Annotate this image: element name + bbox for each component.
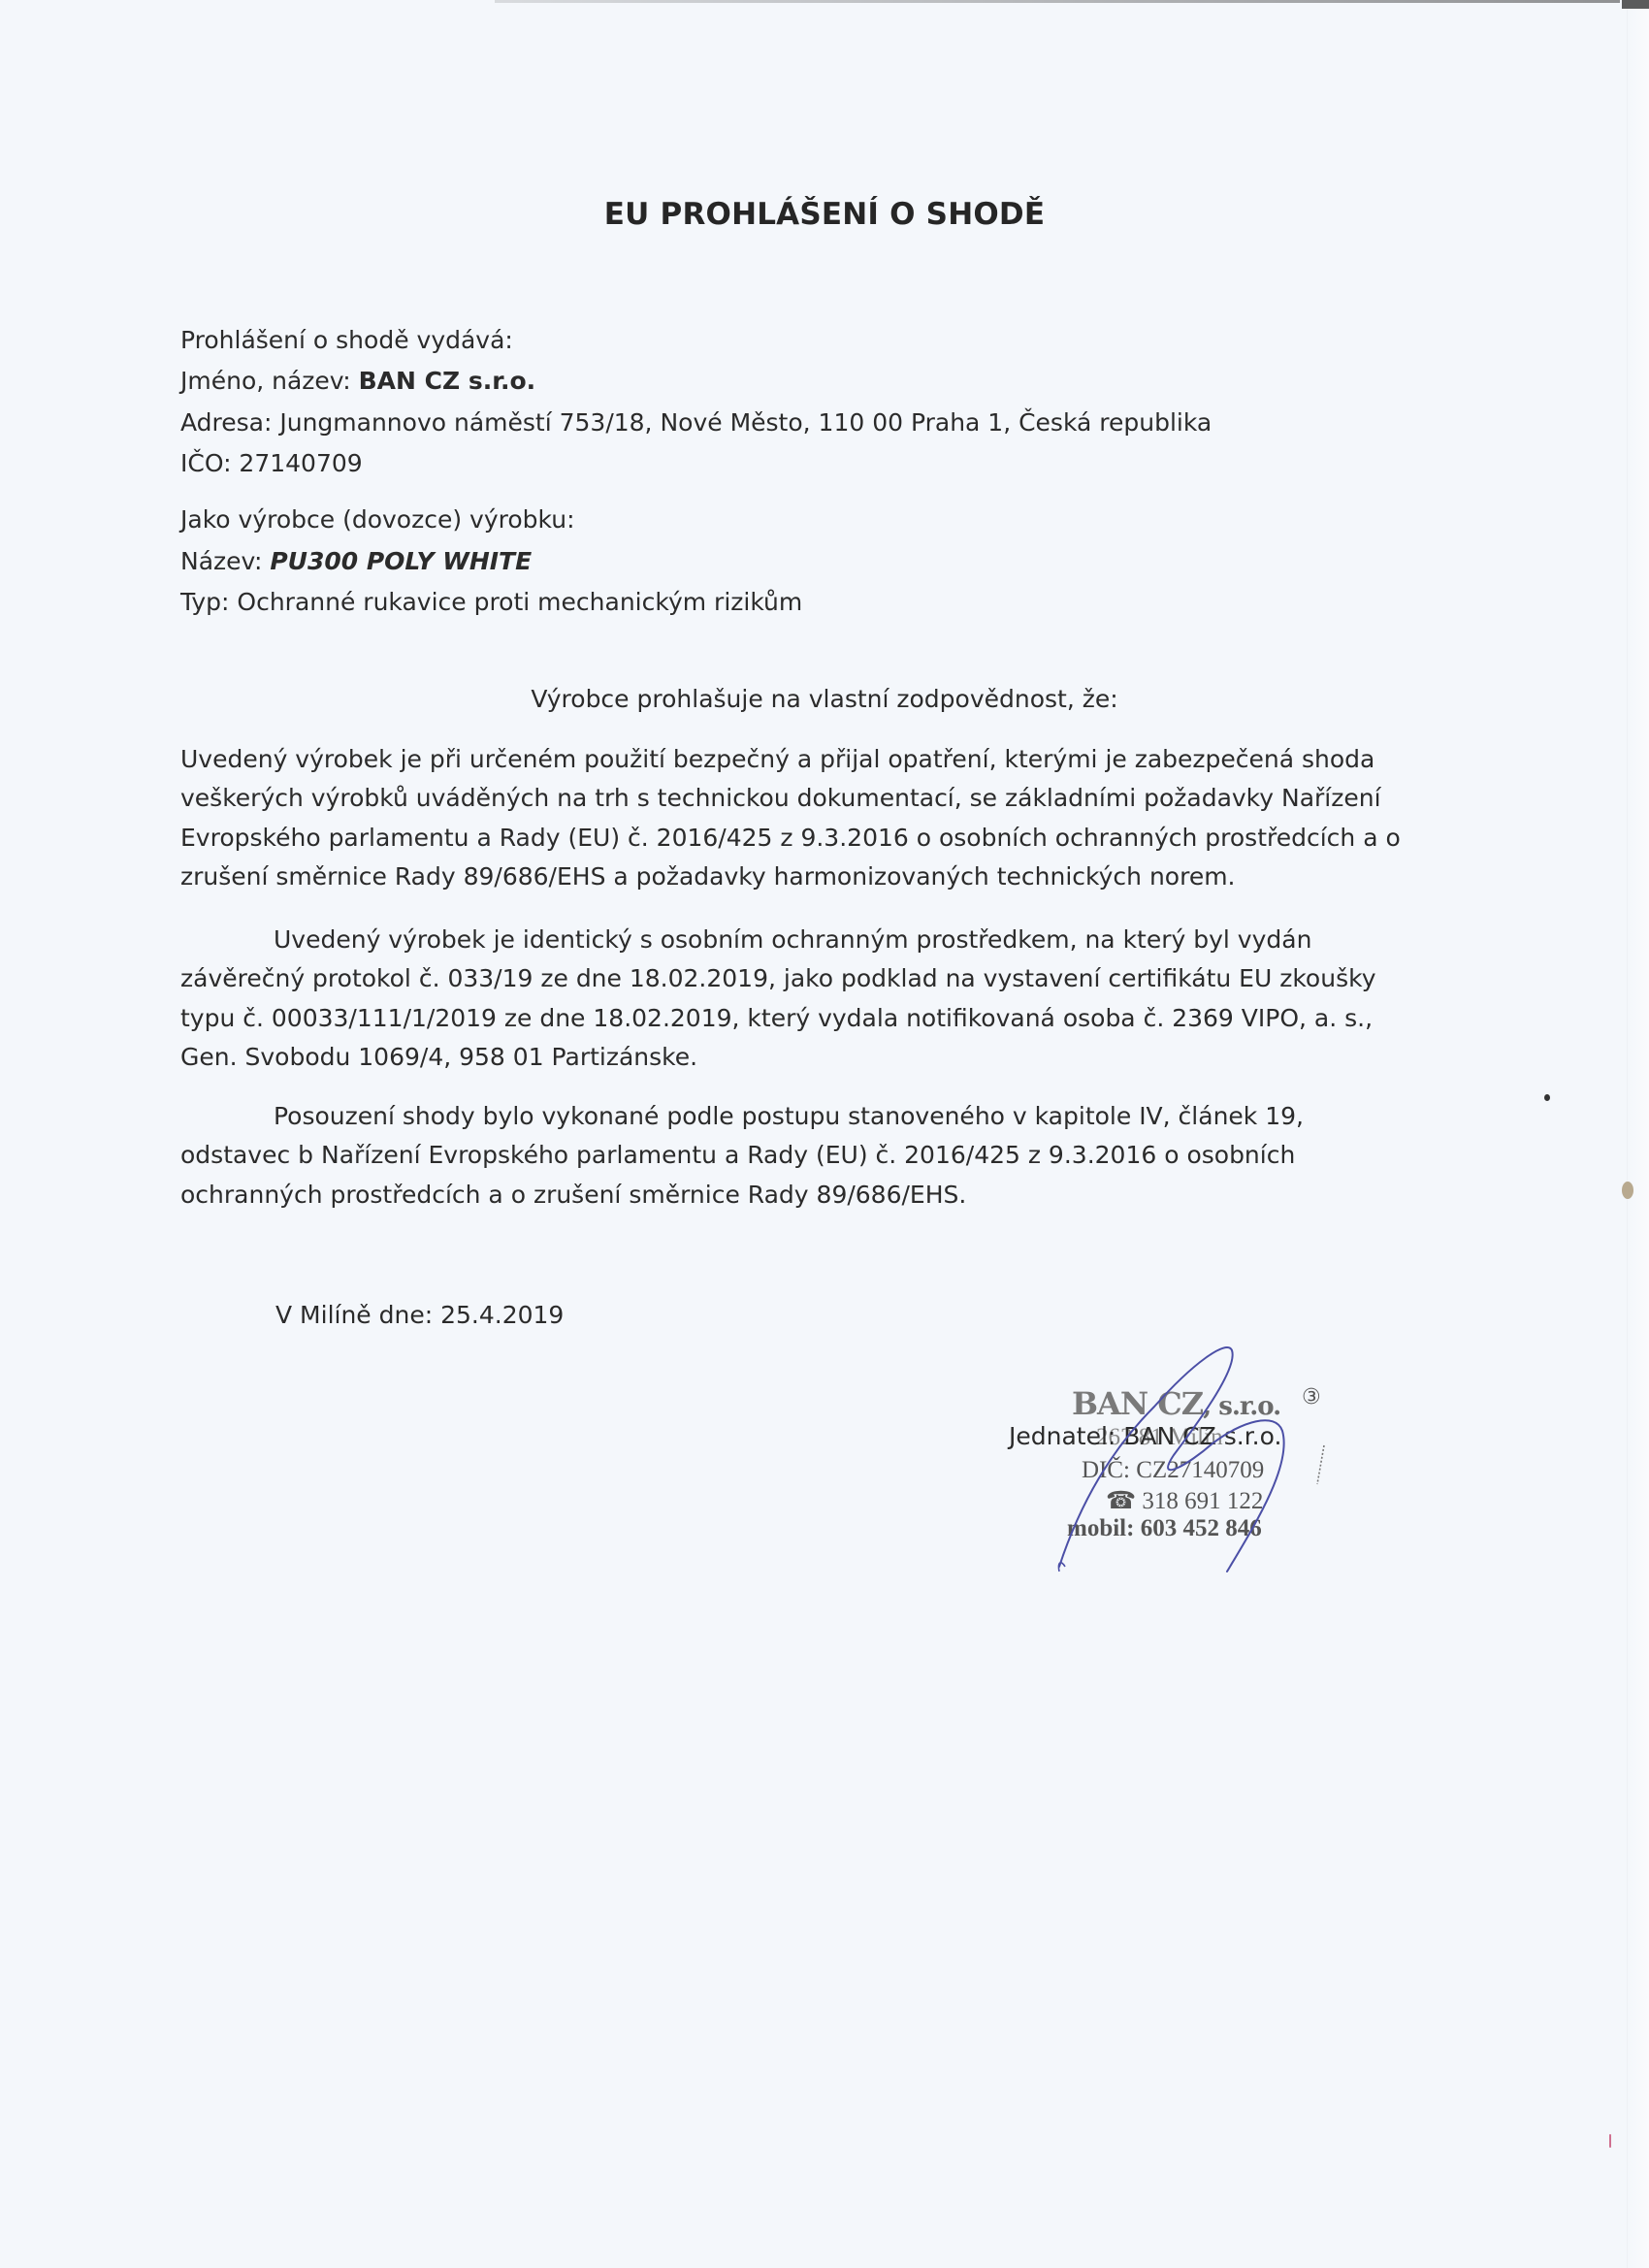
product-intro: Jako výrobce (dovozce) výrobku: — [180, 507, 575, 532]
issuer-name-label: Jméno, název: — [180, 367, 359, 395]
paragraph-1-line: zrušení směrnice Rady 89/686/EHS a požad… — [180, 864, 1236, 889]
handwritten-signature — [1009, 1329, 1416, 1591]
declaration-heading: Výrobce prohlašuje na vlastní zodpovědno… — [0, 687, 1649, 711]
paragraph-2-line: závěrečný protokol č. 033/19 ze dne 18.0… — [180, 966, 1375, 990]
issuer-intro: Prohlášení o shodě vydává: — [180, 328, 513, 352]
issuer-name: Jméno, název: BAN CZ s.r.o. — [180, 369, 535, 393]
paragraph-3-line: Posouzení shody bylo vykonané podle post… — [274, 1104, 1304, 1128]
place-date: V Milíně dne: 25.4.2019 — [275, 1303, 564, 1327]
ink-speck — [1544, 1094, 1550, 1101]
paragraph-2-line: Gen. Svobodu 1069/4, 958 01 Partizánske. — [180, 1045, 697, 1069]
issuer-ico: IČO: 27140709 — [180, 451, 363, 475]
dirt-speck — [1622, 1182, 1633, 1199]
scan-edge-top — [495, 0, 1620, 3]
scan-corner — [1622, 0, 1649, 9]
paragraph-2-line: typu č. 00033/111/1/2019 ze dne 18.02.20… — [180, 1006, 1373, 1030]
paragraph-1-line: veškerých výrobků uváděných na trh s tec… — [180, 786, 1381, 810]
paragraph-1-line: Evropského parlamentu a Rady (EU) č. 201… — [180, 826, 1401, 850]
page-title: EU PROHLÁŠENÍ O SHODĚ — [0, 197, 1649, 232]
product-name: Název: PU300 POLY WHITE — [180, 549, 532, 573]
scan-edge-right — [1627, 0, 1649, 2268]
pink-mark — [1609, 2134, 1611, 2148]
paragraph-3-line: odstavec b Nařízení Evropského parlament… — [180, 1143, 1295, 1167]
paragraph-2-line: Uvedený výrobek je identický s osobním o… — [274, 927, 1311, 952]
product-name-value: PU300 POLY WHITE — [270, 547, 532, 575]
paragraph-1-line: Uvedený výrobek je při určeném použití b… — [180, 747, 1374, 771]
product-name-label: Název: — [180, 547, 270, 575]
paragraph-3-line: ochranných prostředcích a o zrušení směr… — [180, 1183, 966, 1207]
product-type: Typ: Ochranné rukavice proti mechanickým… — [180, 590, 802, 614]
issuer-address: Adresa: Jungmannovo náměstí 753/18, Nové… — [180, 410, 1212, 435]
issuer-name-value: BAN CZ s.r.o. — [359, 367, 536, 395]
